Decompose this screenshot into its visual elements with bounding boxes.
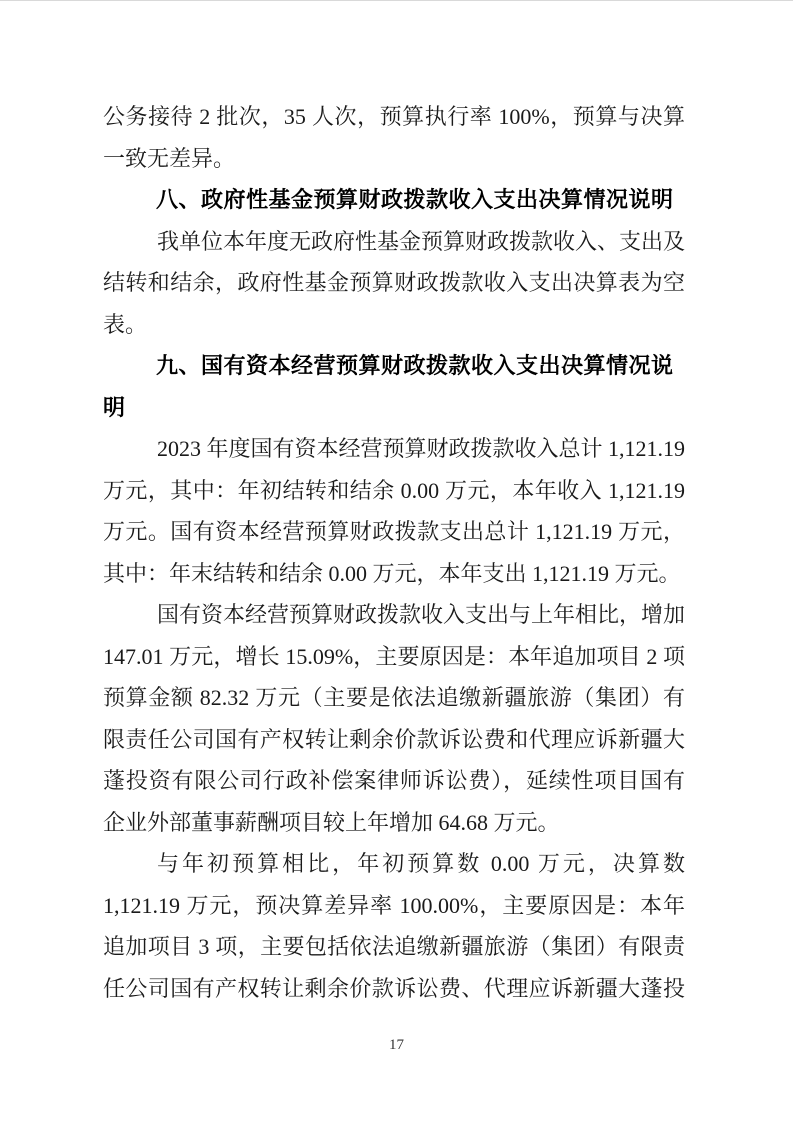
page-number: 17 xyxy=(0,1037,793,1054)
paragraph-official-reception-continuation: 公务接待 2 批次，35 人次，预算执行率 100%，预算与决算一致无差异。 xyxy=(103,96,685,179)
section-9-paragraph-year-over-year: 国有资本经营预算财政拨款收入支出与上年相比，增加 147.01 万元，增长 15… xyxy=(103,594,685,843)
section-8-paragraph-government-fund: 我单位本年度无政府性基金预算财政拨款收入、支出及结转和结余，政府性基金预算财政拨… xyxy=(103,221,685,346)
document-page: 公务接待 2 批次，35 人次，预算执行率 100%，预算与决算一致无差异。 八… xyxy=(0,0,793,1122)
section-9-paragraph-totals: 2023 年度国有资本经营预算财政拨款收入总计 1,121.19 万元，其中：年… xyxy=(103,428,685,594)
section-8-heading: 八、政府性基金预算财政拨款收入支出决算情况说明 xyxy=(103,179,685,221)
section-9-heading: 九、国有资本经营预算财政拨款收入支出决算情况说明 xyxy=(103,345,685,428)
section-9-paragraph-vs-initial-budget: 与年初预算相比，年初预算数 0.00 万元，决算数 1,121.19 万元，预决… xyxy=(103,843,685,1009)
page-content: 公务接待 2 批次，35 人次，预算执行率 100%，预算与决算一致无差异。 八… xyxy=(103,96,685,1009)
